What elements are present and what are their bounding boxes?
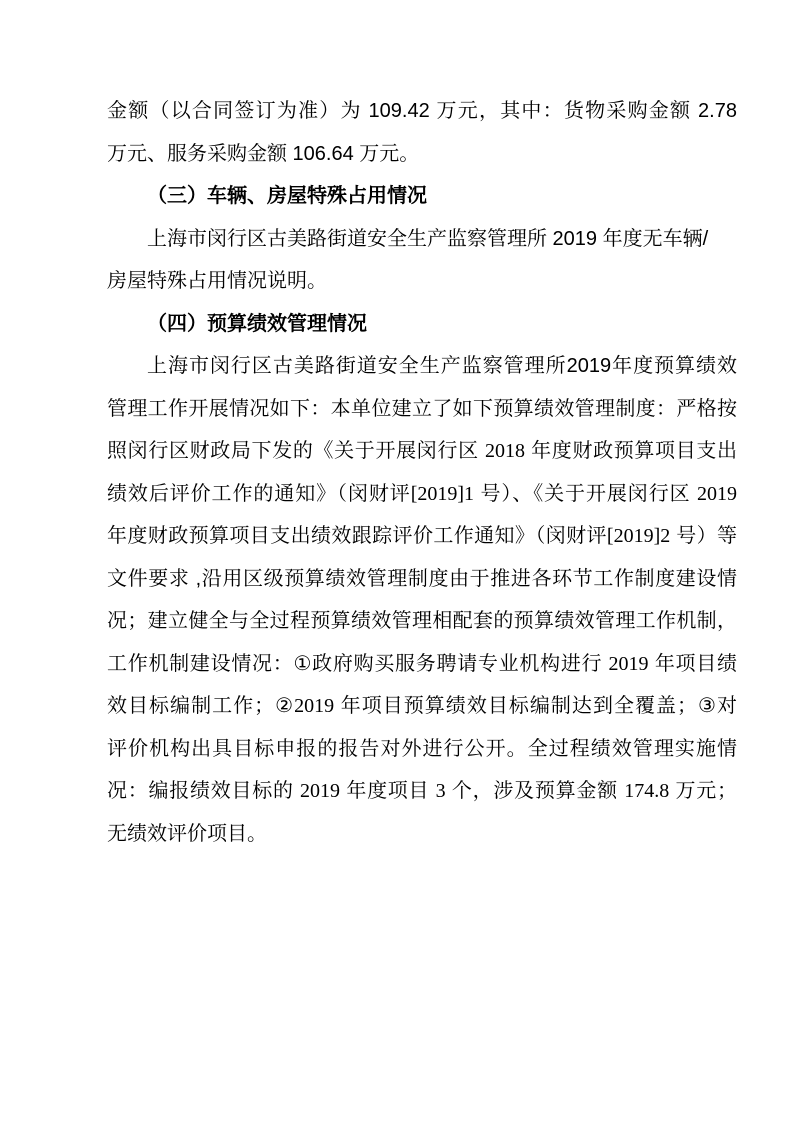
para-performance-line-3: 照闵行区财政局下发的《关于开展闵行区 2018 年度财政预算项目支出 bbox=[107, 430, 737, 473]
serif-number-run: [2019]2 bbox=[607, 525, 670, 547]
text-run: 文件要求 ,沿用区级预算绩效管理制度由于推进各环节工作制度建设情 bbox=[107, 568, 737, 590]
text-run: 年度财政预算项目支出 bbox=[525, 440, 737, 462]
serif-number-run: 2019 bbox=[609, 653, 649, 675]
para-performance-line-1: 上海市闵行区古美路街道安全生产监察管理所2019年度预算绩效 bbox=[107, 345, 737, 388]
document-page: 金额（以合同签订为准）为 109.42 万元，其中：货物采购金额 2.78万元、… bbox=[0, 0, 793, 1122]
heading-section-4: （四）预算绩效管理情况 bbox=[107, 303, 737, 346]
serif-number-run: 2019 bbox=[300, 780, 340, 802]
text-run: （三）车辆、房屋特殊占用情况 bbox=[147, 185, 427, 207]
text-run: 绩效后评价工作的通知》（闵财评 bbox=[107, 483, 411, 505]
text-run: 号）等 bbox=[670, 525, 737, 547]
para-performance-line-2: 管理工作开展情况如下：本单位建立了如下预算绩效管理制度：严格按 bbox=[107, 388, 737, 431]
text-run: 上海市闵行区古美路街道安全生产监察管理所 2019 年度无车辆/ bbox=[147, 228, 708, 250]
para-performance-line-6: 文件要求 ,沿用区级预算绩效管理制度由于推进各环节工作制度建设情 bbox=[107, 558, 737, 601]
para-performance-line-8: 工作机制建设情况：①政府购买服务聘请专业机构进行 2019 年项目绩 bbox=[107, 643, 737, 686]
para-performance-line-5: 年度财政预算项目支出绩效跟踪评价工作通知》（闵财评[2019]2 号）等 bbox=[107, 515, 737, 558]
serif-number-run: 2019 bbox=[294, 695, 334, 717]
text-run: 况：编报绩效目标的 bbox=[107, 780, 300, 802]
text-run: 况；建立健全与全过程预算绩效管理相配套的预算绩效管理工作机制， bbox=[107, 610, 737, 632]
text-run: 无绩效评价项目。 bbox=[107, 823, 267, 845]
text-run: 号）、《关于开展闵行区 bbox=[474, 483, 697, 505]
text-run: 年度项目 bbox=[340, 780, 436, 802]
text-run: 个，涉及预算金额 bbox=[446, 780, 625, 802]
serif-number-run: 2019 bbox=[697, 483, 737, 505]
para-vehicle-line-2: 房屋特殊占用情况说明。 bbox=[107, 260, 737, 303]
text-run: 房屋特殊占用情况说明。 bbox=[107, 270, 327, 292]
serif-number-run: 174.8 bbox=[624, 780, 669, 802]
para-procurement-line-1: 金额（以合同签订为准）为 109.42 万元，其中：货物采购金额 2.78 bbox=[107, 90, 737, 133]
text-run: 效目标编制工作；② bbox=[107, 695, 294, 717]
text-run: 评价机构出具目标申报的报告对外进行公开。全过程绩效管理实施情 bbox=[107, 738, 737, 760]
para-performance-line-12: 无绩效评价项目。 bbox=[107, 813, 737, 856]
text-run: 年项目预算绩效目标编制达到全覆盖；③对 bbox=[334, 695, 737, 717]
text-run: 万元、服务采购金额 106.64 万元。 bbox=[107, 143, 419, 165]
para-performance-line-11: 况：编报绩效目标的 2019 年度项目 3 个，涉及预算金额 174.8 万元； bbox=[107, 770, 737, 813]
serif-number-run: [2019]1 bbox=[411, 483, 474, 505]
text-run: 年度财政预算项目支出绩效跟踪评价工作通知》（闵财评 bbox=[107, 525, 607, 547]
serif-number-run: 3 bbox=[436, 780, 446, 802]
para-procurement-line-2: 万元、服务采购金额 106.64 万元。 bbox=[107, 133, 737, 176]
text-run: 年项目绩 bbox=[649, 653, 737, 675]
document-body: 金额（以合同签订为准）为 109.42 万元，其中：货物采购金额 2.78万元、… bbox=[107, 90, 737, 855]
text-run: 管理工作开展情况如下：本单位建立了如下预算绩效管理制度：严格按 bbox=[107, 398, 737, 420]
para-performance-line-9: 效目标编制工作；②2019 年项目预算绩效目标编制达到全覆盖；③对 bbox=[107, 685, 737, 728]
serif-number-run: 2018 bbox=[485, 440, 525, 462]
text-run: 万元； bbox=[669, 780, 737, 802]
para-performance-line-4: 绩效后评价工作的通知》（闵财评[2019]1 号）、《关于开展闵行区 2019 bbox=[107, 473, 737, 516]
para-vehicle-line-1: 上海市闵行区古美路街道安全生产监察管理所 2019 年度无车辆/ bbox=[107, 218, 737, 261]
heading-section-3: （三）车辆、房屋特殊占用情况 bbox=[107, 175, 737, 218]
para-performance-line-7: 况；建立健全与全过程预算绩效管理相配套的预算绩效管理工作机制， bbox=[107, 600, 737, 643]
text-run: 金额（以合同签订为准）为 109.42 万元，其中：货物采购金额 2.78 bbox=[107, 100, 737, 122]
para-performance-line-10: 评价机构出具目标申报的报告对外进行公开。全过程绩效管理实施情 bbox=[107, 728, 737, 771]
text-run: 照闵行区财政局下发的《关于开展闵行区 bbox=[107, 440, 485, 462]
text-run: 上海市闵行区古美路街道安全生产监察管理所2019年度预算绩效 bbox=[147, 355, 737, 377]
text-run: （四）预算绩效管理情况 bbox=[147, 313, 367, 335]
text-run: 工作机制建设情况：①政府购买服务聘请专业机构进行 bbox=[107, 653, 609, 675]
